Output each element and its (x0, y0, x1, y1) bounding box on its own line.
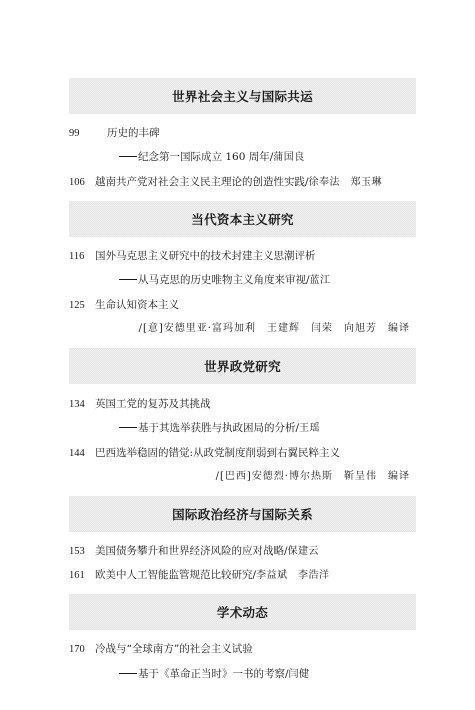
article-title: 越南共产党对社会主义民主理论的创造性实践 (95, 175, 305, 189)
article-title: 冷战与“全球南方”的社会主义试验 (95, 642, 253, 656)
article-authors: 蓝江 (310, 274, 331, 288)
em-dash-icon (119, 427, 137, 428)
toc-entry[interactable]: 144 巴西选举稳固的错觉:从政党制度削弱到右翼民粹主义 (69, 446, 340, 461)
section-title: 国际政治经济与国际关系 (172, 505, 313, 523)
em-dash-icon (119, 673, 137, 674)
article-authors: 徐奉法 郑玉琳 (309, 176, 383, 190)
page-number: 144 (69, 447, 95, 461)
article-title: 历史的丰碑 (107, 126, 160, 140)
page-number: 153 (69, 545, 95, 559)
article-title: 国外马克思主义研究中的技术封建主义思潮评析 (95, 249, 316, 263)
article-title: 生命认知资本主义 (95, 298, 179, 312)
article-authors: 王瑶 (299, 422, 320, 436)
article-authors: 李益斌 李浩洋 (256, 569, 330, 583)
section-title: 世界社会主义与国际共运 (172, 87, 313, 105)
section-header-world-party-studies: 世界政党研究 (69, 348, 416, 384)
section-header-academic-trends: 学术动态 (69, 594, 416, 630)
article-subtitle: 纪念第一国际成立 160 周年 (138, 150, 270, 164)
toc-entry[interactable]: 99 历史的丰碑 (69, 126, 160, 141)
article-byline: /[巴西]安德烈·博尔热斯 靳呈伟 编译 (216, 470, 410, 484)
page-number: 116 (69, 250, 95, 264)
toc-entry[interactable]: 161 欧美中人工智能监管规范比较研究 / 李益斌 李浩洋 (69, 568, 330, 583)
page-number: 99 (69, 127, 107, 141)
article-byline: /[意]安德里亚·富玛加利 王建辉 闫荣 向旭芳 编译 (139, 322, 410, 336)
section-title: 当代资本主义研究 (191, 210, 293, 228)
page-number: 161 (69, 569, 95, 583)
toc-entry[interactable]: 153 美国债务攀升和世界经济风险的应对战略 / 保建云 (69, 544, 319, 559)
article-title: 欧美中人工智能监管规范比较研究 (95, 568, 253, 582)
article-subtitle: 基于其选举获胜与执政困局的分析 (138, 421, 296, 435)
page-number: 170 (69, 643, 95, 657)
toc-entry[interactable]: 116 国外马克思主义研究中的技术封建主义思潮评析 (69, 249, 316, 264)
toc-entry[interactable]: 134 英国工党的复苏及其挑战 (69, 397, 211, 412)
toc-entry[interactable]: 106 越南共产党对社会主义民主理论的创造性实践 / 徐奉法 郑玉琳 (69, 175, 382, 190)
article-subtitle: 基于《革命正当时》一书的考察 (138, 667, 285, 681)
article-authors: 保建云 (288, 545, 320, 559)
article-title: 美国债务攀升和世界经济风险的应对战略 (95, 544, 284, 558)
article-subtitle: 从马克思的历史唯物主义角度来审视 (138, 273, 306, 287)
article-authors: 蒲国良 (273, 151, 305, 165)
toc-subtitle: 基于《革命正当时》一书的考察 / 闫健 (119, 667, 310, 682)
page-number: 134 (69, 398, 95, 412)
article-authors: 闫健 (289, 668, 310, 682)
article-title: 英国工党的复苏及其挑战 (95, 397, 211, 411)
page-number: 125 (69, 299, 95, 313)
article-title: 巴西选举稳固的错觉:从政党制度削弱到右翼民粹主义 (95, 446, 340, 460)
toc-entry[interactable]: 170 冷战与“全球南方”的社会主义试验 (69, 642, 253, 657)
page-number: 106 (69, 176, 95, 190)
section-title: 学术动态 (217, 603, 268, 621)
toc-entry[interactable]: 125 生命认知资本主义 (69, 298, 179, 313)
em-dash-icon (119, 279, 137, 280)
toc-subtitle: 纪念第一国际成立 160 周年 / 蒲国良 (119, 150, 305, 165)
section-header-ipe-ir: 国际政治经济与国际关系 (69, 496, 416, 532)
section-header-contemporary-capitalism: 当代资本主义研究 (69, 201, 416, 237)
section-header-world-socialism: 世界社会主义与国际共运 (69, 78, 416, 114)
section-title: 世界政党研究 (204, 357, 281, 375)
toc-subtitle: 从马克思的历史唯物主义角度来审视 / 蓝江 (119, 273, 331, 288)
em-dash-icon (119, 156, 137, 157)
toc-subtitle: 基于其选举获胜与执政困局的分析 / 王瑶 (119, 421, 320, 436)
